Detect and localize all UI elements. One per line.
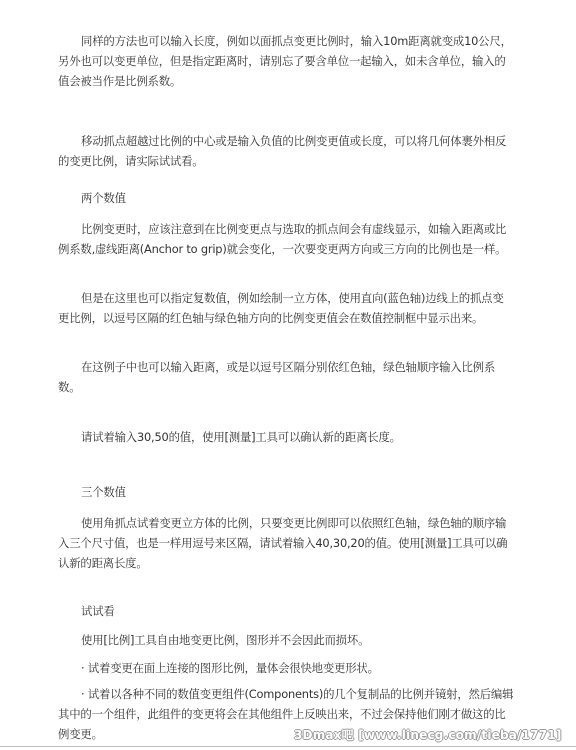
paragraph-try-30-50: 请试着输入30,50的值，使用[测量]工具可以确认新的距离长度。 [58,427,514,447]
heading-try-it: 试试看 [81,601,514,621]
paragraph-distance-input: 在这例子中也可以输入距离，或是以逗号区隔分别依红色轴，绿色轴顺序输入比例系数。 [58,357,514,397]
watermark: 3Dmax吧 [www.linecg.com/tieba/1771] [294,726,562,743]
bottom-divider [0,746,576,747]
paragraph-length-input: 同样的方法也可以输入长度，例如以面抓点变更比例时，输入10m距离就变成10公尺，… [58,31,514,91]
bullet-connected-faces: · 试着变更在面上连接的图形比例，量体会很快地变更形状。 [81,658,514,678]
paragraph-multiple-values: 但是在这里也可以指定复数值，例如绘制一立方体，使用直向(蓝色轴)边线上的抓点变更… [58,288,514,328]
paragraph-negative-scale: 移动抓点超越过比例的中心或是输入负值的比例变更值或长度，可以将几何体裹外相反的变… [58,131,514,171]
paragraph-free-scale: 使用[比例]工具自由地变更比例，图形并不会因此而损坏。 [81,630,514,650]
paragraph-dashed-line: 比例变更时，应该注意到在比例变更点与选取的抓点间会有虚线显示，如输入距离或比例系… [58,219,514,259]
heading-two-values: 两个数值 [81,188,514,208]
heading-three-values: 三个数值 [81,482,514,502]
paragraph-corner-grip: 使用角抓点试着变更立方体的比例，只要变更比例即可以依照红色轴，绿色轴的顺序输入三… [58,513,514,573]
